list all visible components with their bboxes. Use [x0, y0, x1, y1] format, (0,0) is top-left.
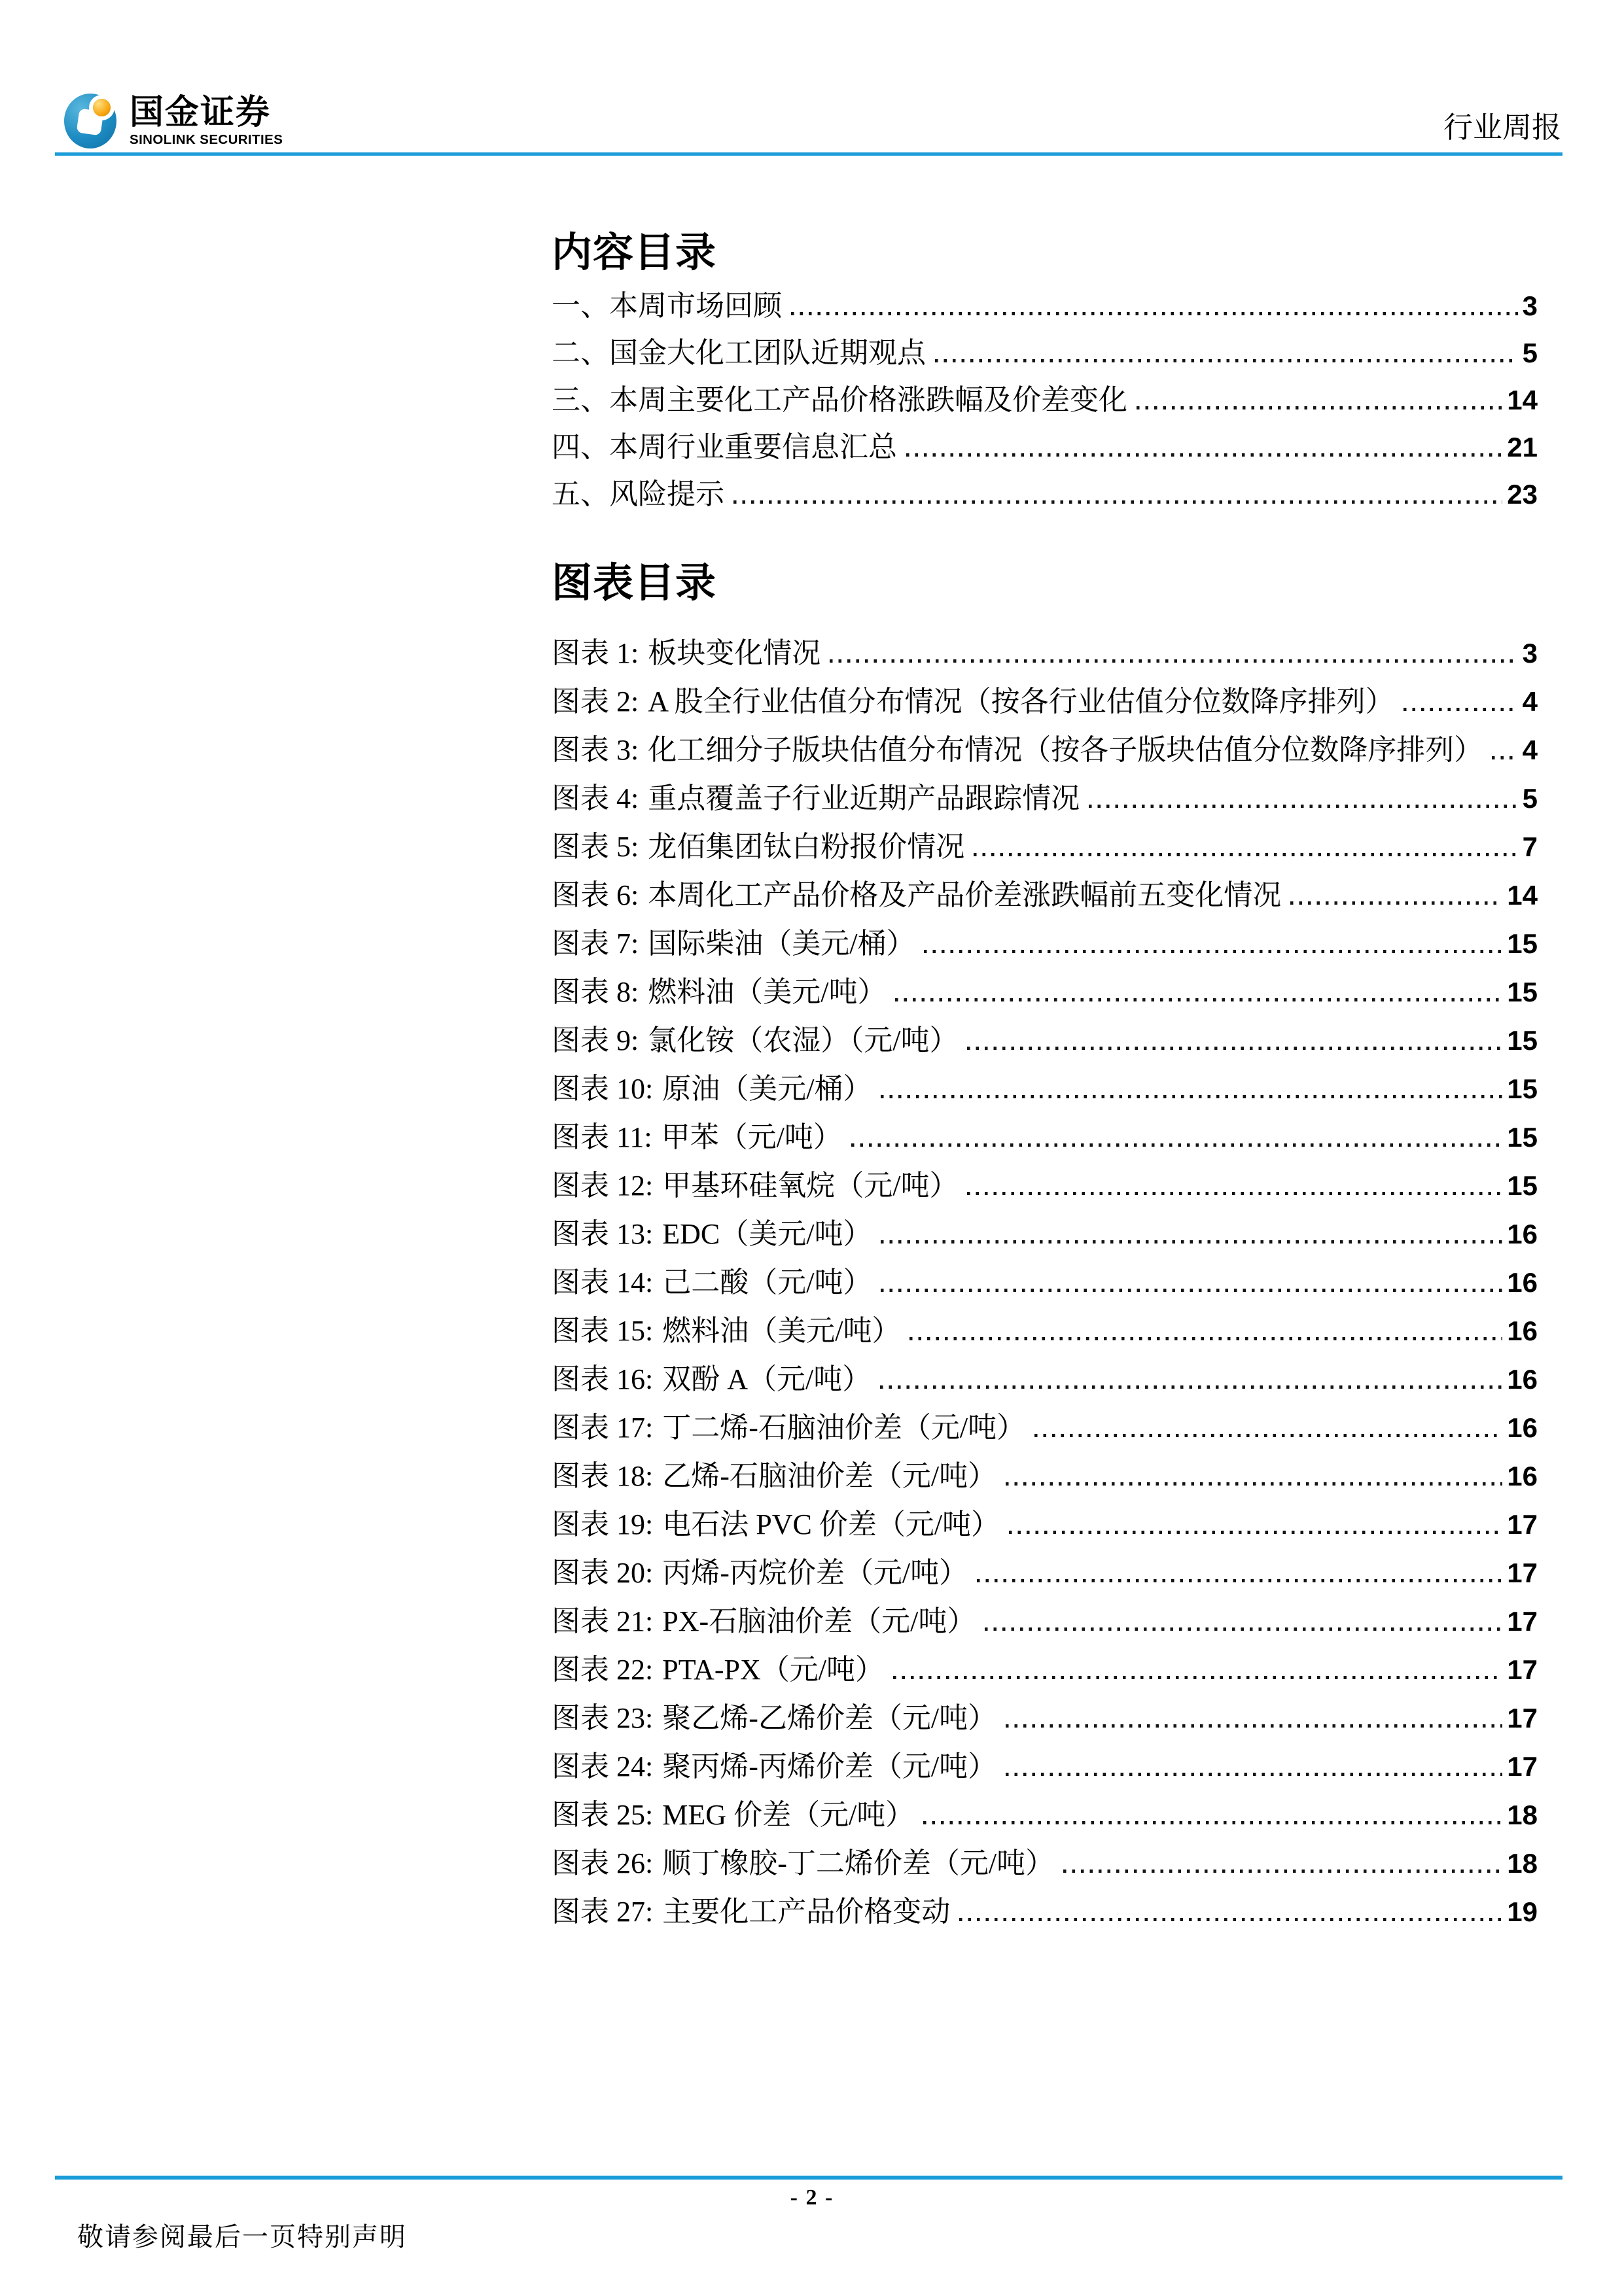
entry-title: PX-石脑油价差（元/吨） — [662, 1597, 976, 1646]
dot-leader — [1290, 901, 1502, 905]
entry-number: 图表 15: — [552, 1307, 653, 1355]
entry-page-number: 15 — [1507, 1170, 1538, 1202]
entry-page-number: 3 — [1523, 290, 1538, 322]
entry-title: 化工细分子版块估值分布情况（按各子版块估值分位数降序排列） — [648, 726, 1483, 774]
entry-title: A 股全行业估值分布情况（按各行业估值分位数降序排列） — [648, 678, 1394, 726]
figure-entry[interactable]: 图表 14: 己二酸（元/吨） 16 — [552, 1259, 1538, 1307]
dot-leader — [851, 1143, 1502, 1147]
entry-title: 丁二烯-石脑油价差（元/吨） — [662, 1404, 1025, 1452]
figure-entry[interactable]: 图表 10: 原油（美元/桶） 15 — [552, 1065, 1538, 1113]
figure-entry[interactable]: 图表 7: 国际柴油（美元/桶） 15 — [552, 920, 1538, 968]
dot-leader — [906, 453, 1502, 457]
figure-entry[interactable]: 图表 2: A 股全行业估值分布情况（按各行业估值分位数降序排列） 4 — [552, 678, 1538, 726]
figure-entry[interactable]: 图表 1: 板块变化情况 3 — [552, 629, 1538, 678]
entry-number: 四、 — [552, 424, 609, 471]
dot-leader — [830, 659, 1517, 663]
toc-entry[interactable]: 五、 风险提示 23 — [552, 471, 1538, 518]
entry-title: 国际柴油（美元/桶） — [648, 920, 915, 968]
toc-entry[interactable]: 二、 国金大化工团队近期观点 5 — [552, 330, 1538, 377]
entry-page-number: 21 — [1507, 432, 1538, 463]
entry-page-number: 17 — [1507, 1751, 1538, 1783]
dot-leader — [881, 1289, 1502, 1292]
dot-leader — [967, 1192, 1502, 1195]
dot-leader — [791, 312, 1518, 315]
entry-title: 燃料油（美元/吨） — [648, 968, 886, 1017]
dot-leader — [733, 500, 1502, 504]
toc-entry[interactable]: 三、 本周主要化工产品价格涨跌幅及价差变化 14 — [552, 377, 1538, 424]
dot-leader — [1492, 756, 1517, 759]
footer-divider — [55, 2176, 1562, 2180]
entry-number: 图表 11: — [552, 1113, 652, 1162]
figure-entry[interactable]: 图表 18: 乙烯-石脑油价差（元/吨） 16 — [552, 1452, 1538, 1501]
dot-leader — [1063, 1870, 1502, 1873]
entry-number: 图表 9: — [552, 1017, 639, 1065]
entry-number: 图表 16: — [552, 1355, 653, 1404]
entry-title: PTA-PX（元/吨） — [662, 1646, 884, 1694]
entry-page-number: 7 — [1523, 831, 1538, 863]
entry-number: 图表 27: — [552, 1888, 653, 1936]
entry-number: 一、 — [552, 283, 609, 330]
entry-number: 图表 19: — [552, 1501, 653, 1549]
entry-title: 主要化工产品价格变动 — [662, 1888, 950, 1936]
entry-page-number: 15 — [1507, 1122, 1538, 1153]
entry-title: 原油（美元/桶） — [662, 1065, 872, 1113]
entry-page-number: 16 — [1507, 1315, 1538, 1347]
entry-number: 三、 — [552, 377, 609, 424]
entry-page-number: 4 — [1523, 735, 1538, 766]
entry-page-number: 3 — [1523, 638, 1538, 669]
entry-title: 丙烯-丙烷价差（元/吨） — [662, 1549, 968, 1597]
entry-title: 电石法 PVC 价差（元/吨） — [662, 1501, 1000, 1549]
entry-page-number: 18 — [1507, 1800, 1538, 1831]
entry-page-number: 14 — [1507, 385, 1538, 416]
dot-leader — [1137, 406, 1502, 409]
entry-title: 燃料油（美元/吨） — [662, 1307, 900, 1355]
footer-disclaimer: 敬请参阅最后一页特别声明 — [77, 2216, 407, 2253]
figure-entry[interactable]: 图表 19: 电石法 PVC 价差（元/吨） 17 — [552, 1501, 1538, 1549]
entry-number: 图表 12: — [552, 1162, 653, 1210]
dot-leader — [924, 950, 1502, 953]
entry-page-number: 18 — [1507, 1848, 1538, 1879]
entry-page-number: 15 — [1507, 977, 1538, 1008]
dot-leader — [893, 1676, 1502, 1679]
figures-list: 图表 1: 板块变化情况 3 图表 2: A 股全行业估值分布情况（按各行业估值… — [552, 629, 1538, 1936]
toc-entry[interactable]: 一、 本周市场回顾 3 — [552, 283, 1538, 330]
dot-leader — [959, 1918, 1502, 1921]
entry-number: 图表 4: — [552, 774, 639, 823]
figure-entry[interactable]: 图表 26: 顺丁橡胶-丁二烯价差（元/吨） 18 — [552, 1839, 1538, 1888]
entry-number: 图表 26: — [552, 1839, 653, 1888]
figure-entry[interactable]: 图表 8: 燃料油（美元/吨） 15 — [552, 968, 1538, 1017]
figure-entry[interactable]: 图表 5: 龙佰集团钛白粉报价情况 7 — [552, 823, 1538, 871]
entry-number: 图表 13: — [552, 1210, 653, 1259]
dot-leader — [909, 1337, 1502, 1340]
figure-entry[interactable]: 图表 15: 燃料油（美元/吨） 16 — [552, 1307, 1538, 1355]
figure-entry[interactable]: 图表 20: 丙烯-丙烷价差（元/吨） 17 — [552, 1549, 1538, 1597]
entry-page-number: 5 — [1523, 783, 1538, 814]
entry-title: 甲基环硅氧烷（元/吨） — [662, 1162, 958, 1210]
entry-title: 风险提示 — [609, 471, 724, 518]
entry-number: 图表 22: — [552, 1646, 653, 1694]
entry-page-number: 16 — [1507, 1461, 1538, 1492]
entry-number: 图表 2: — [552, 678, 639, 726]
dot-leader — [1009, 1531, 1502, 1534]
toc-entry[interactable]: 四、 本周行业重要信息汇总 21 — [552, 424, 1538, 471]
entry-page-number: 17 — [1507, 1557, 1538, 1589]
dot-leader — [881, 1095, 1502, 1098]
entry-number: 图表 18: — [552, 1452, 653, 1501]
dot-leader — [1403, 708, 1518, 711]
entry-title: 本周主要化工产品价格涨跌幅及价差变化 — [609, 377, 1127, 424]
entry-title: 本周市场回顾 — [609, 283, 782, 330]
dot-leader — [923, 1821, 1502, 1824]
dot-leader — [1034, 1434, 1502, 1437]
entry-title: MEG 价差（元/吨） — [662, 1791, 914, 1839]
figure-entry[interactable]: 图表 4: 重点覆盖子行业近期产品跟踪情况 5 — [552, 774, 1538, 823]
toc-list: 一、 本周市场回顾 3 二、 国金大化工团队近期观点 5 三、 本周主要化工产品… — [552, 283, 1538, 518]
entry-page-number: 16 — [1507, 1219, 1538, 1250]
entry-page-number: 15 — [1507, 928, 1538, 960]
entry-number: 图表 7: — [552, 920, 639, 968]
entry-page-number: 15 — [1507, 1025, 1538, 1056]
page-number: - 2 - — [0, 2185, 1624, 2210]
toc-section-title: 内容目录 — [552, 233, 716, 273]
entry-page-number: 14 — [1507, 880, 1538, 911]
dot-leader — [985, 1627, 1502, 1631]
entry-page-number: 17 — [1507, 1703, 1538, 1734]
dot-leader — [880, 1385, 1502, 1389]
entry-page-number: 17 — [1507, 1654, 1538, 1686]
dot-leader — [935, 359, 1518, 362]
entry-title: EDC（美元/吨） — [662, 1210, 872, 1259]
brand-name-cn: 国金证券 — [130, 94, 283, 131]
entry-page-number: 15 — [1507, 1073, 1538, 1105]
dot-leader — [1089, 805, 1517, 808]
dot-leader — [1006, 1482, 1502, 1486]
entry-page-number: 19 — [1507, 1896, 1538, 1928]
figure-entry[interactable]: 图表 25: MEG 价差（元/吨） 18 — [552, 1791, 1538, 1839]
entry-number: 图表 8: — [552, 968, 639, 1017]
figure-entry[interactable]: 图表 23: 聚乙烯-乙烯价差（元/吨） 17 — [552, 1694, 1538, 1743]
entry-number: 五、 — [552, 471, 609, 518]
entry-title: 重点覆盖子行业近期产品跟踪情况 — [648, 774, 1080, 823]
figure-entry[interactable]: 图表 17: 丁二烯-石脑油价差（元/吨） 16 — [552, 1404, 1538, 1452]
header-divider — [55, 152, 1562, 156]
entry-number: 图表 3: — [552, 726, 639, 774]
entry-title: 聚乙烯-乙烯价差（元/吨） — [662, 1694, 997, 1743]
brand-text-block: 国金证券 SINOLINK SECURITIES — [130, 92, 283, 149]
figure-entry[interactable]: 图表 13: EDC（美元/吨） 16 — [552, 1210, 1538, 1259]
figure-entry[interactable]: 图表 27: 主要化工产品价格变动 19 — [552, 1888, 1538, 1936]
entry-page-number: 16 — [1507, 1267, 1538, 1298]
entry-number: 二、 — [552, 330, 609, 377]
entry-title: 国金大化工团队近期观点 — [609, 330, 926, 377]
figure-entry[interactable]: 图表 24: 聚丙烯-丙烯价差（元/吨） 17 — [552, 1743, 1538, 1791]
entry-page-number: 5 — [1523, 338, 1538, 369]
figure-entry[interactable]: 图表 3: 化工细分子版块估值分布情况（按各子版块估值分位数降序排列） 4 — [552, 726, 1538, 774]
sinolink-logo: 国金证券 SINOLINK SECURITIES — [64, 92, 283, 149]
entry-title: 板块变化情况 — [648, 629, 821, 678]
entry-page-number: 17 — [1507, 1606, 1538, 1637]
entry-page-number: 16 — [1507, 1364, 1538, 1395]
figure-entry[interactable]: 图表 12: 甲基环硅氧烷（元/吨） 15 — [552, 1162, 1538, 1210]
entry-title: 双酚 A（元/吨） — [662, 1355, 871, 1404]
entry-title: 本周化工产品价格及产品价差涨跌幅前五变化情况 — [648, 871, 1281, 920]
entry-title: 甲苯（元/吨） — [662, 1113, 842, 1162]
entry-number: 图表 14: — [552, 1259, 653, 1307]
entry-page-number: 4 — [1523, 686, 1538, 718]
sinolink-logo-icon — [64, 92, 124, 149]
entry-title: 聚丙烯-丙烯价差（元/吨） — [662, 1743, 997, 1791]
entry-number: 图表 1: — [552, 629, 639, 678]
figures-section-title: 图表目录 — [552, 563, 716, 604]
figure-entry[interactable]: 图表 9: 氯化铵（农湿）（元/吨） 15 — [552, 1017, 1538, 1065]
entry-title: 己二酸（元/吨） — [662, 1259, 872, 1307]
report-type-label: 行业周报 — [1443, 113, 1561, 143]
entry-page-number: 16 — [1507, 1412, 1538, 1444]
dot-leader — [881, 1240, 1502, 1244]
logo-gold-ball-shape — [93, 99, 111, 116]
figure-entry[interactable]: 图表 16: 双酚 A（元/吨） 16 — [552, 1355, 1538, 1404]
entry-title: 乙烯-石脑油价差（元/吨） — [662, 1452, 997, 1501]
entry-title: 顺丁橡胶-丁二烯价差（元/吨） — [662, 1839, 1054, 1888]
entry-number: 图表 21: — [552, 1597, 653, 1646]
entry-number: 图表 25: — [552, 1791, 653, 1839]
entry-title: 氯化铵（农湿）（元/吨） — [648, 1017, 958, 1065]
dot-leader — [977, 1579, 1502, 1582]
dot-leader — [967, 1047, 1502, 1050]
entry-number: 图表 17: — [552, 1404, 653, 1452]
brand-name-en: SINOLINK SECURITIES — [130, 132, 283, 148]
entry-title: 龙佰集团钛白粉报价情况 — [648, 823, 964, 871]
entry-number: 图表 24: — [552, 1743, 653, 1791]
dot-leader — [1006, 1773, 1502, 1776]
figure-entry[interactable]: 图表 11: 甲苯（元/吨） 15 — [552, 1113, 1538, 1162]
dot-leader — [895, 998, 1502, 1001]
entry-title: 本周行业重要信息汇总 — [609, 424, 897, 471]
entry-page-number: 23 — [1507, 479, 1538, 510]
entry-number: 图表 10: — [552, 1065, 653, 1113]
dot-leader — [974, 853, 1517, 856]
dot-leader — [1006, 1724, 1502, 1728]
figure-entry[interactable]: 图表 21: PX-石脑油价差（元/吨） 17 — [552, 1597, 1538, 1646]
figure-entry[interactable]: 图表 22: PTA-PX（元/吨） 17 — [552, 1646, 1538, 1694]
entry-number: 图表 5: — [552, 823, 639, 871]
entry-number: 图表 23: — [552, 1694, 653, 1743]
entry-page-number: 17 — [1507, 1509, 1538, 1540]
figure-entry[interactable]: 图表 6: 本周化工产品价格及产品价差涨跌幅前五变化情况 14 — [552, 871, 1538, 920]
entry-number: 图表 20: — [552, 1549, 653, 1597]
entry-number: 图表 6: — [552, 871, 639, 920]
